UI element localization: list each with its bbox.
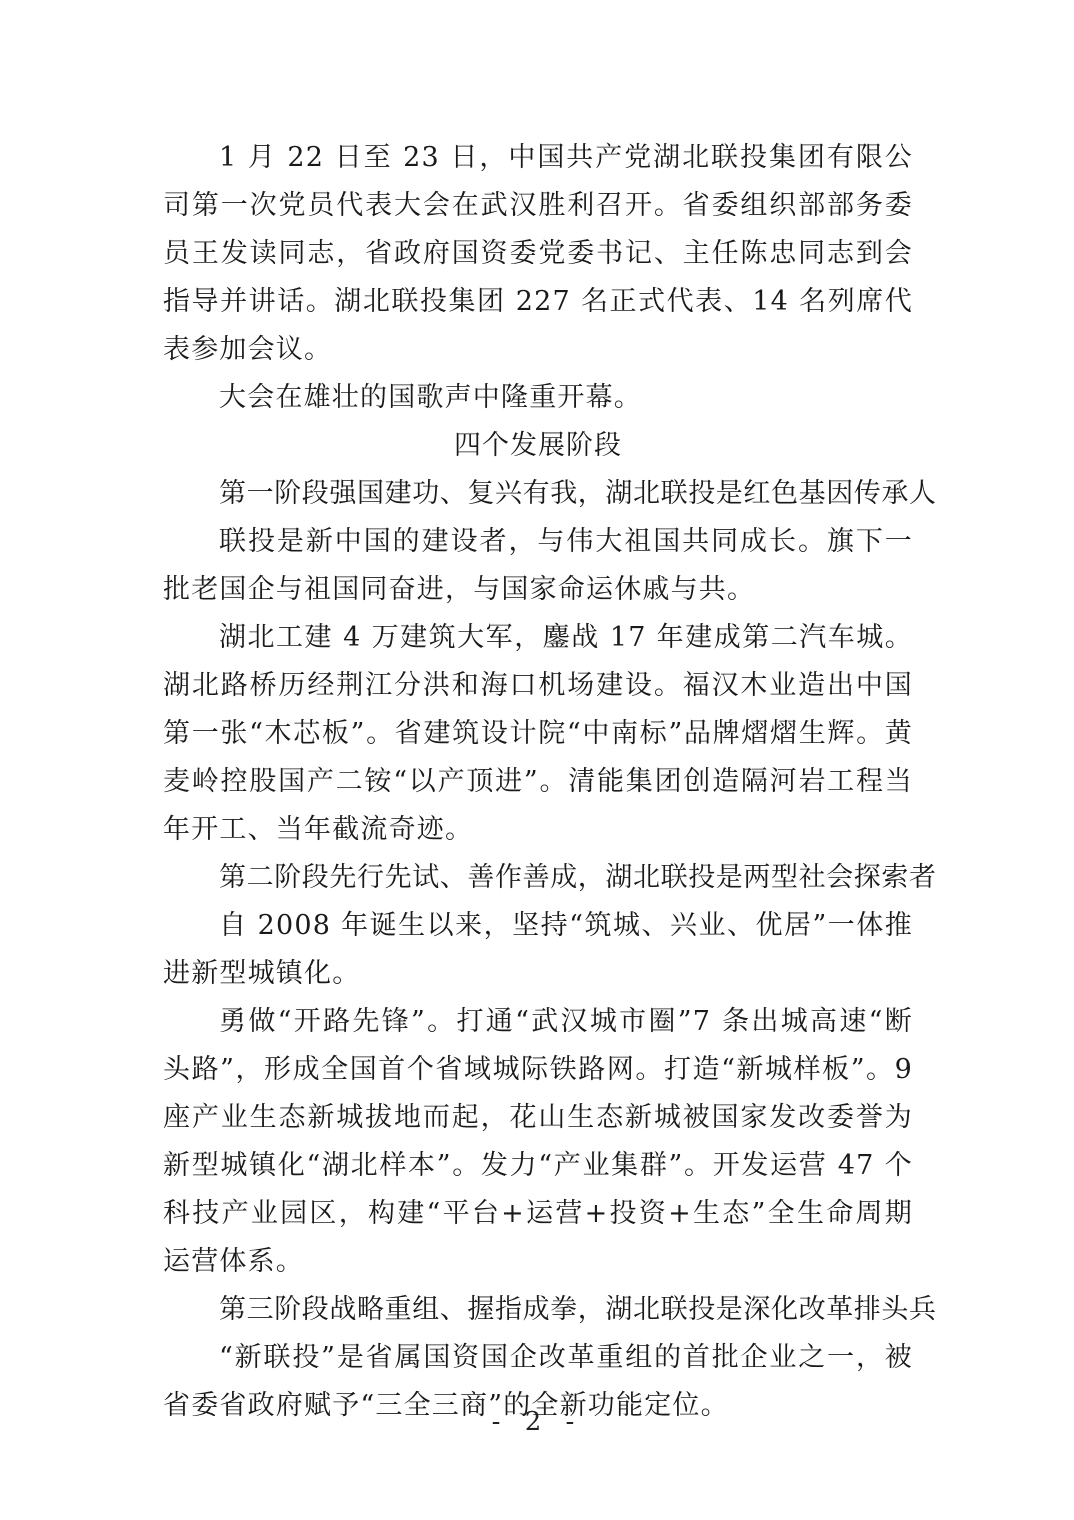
paragraph-anthem: 大会在雄壮的国歌声中隆重开幕。 xyxy=(163,374,913,422)
section-heading: 四个发展阶段 xyxy=(163,422,913,470)
document-page: 1 月 22 日至 23 日，中国共产党湖北联投集团有限公司第一次党员代表大会在… xyxy=(163,134,913,1430)
stage-one-title: 第一阶段强国建功、复兴有我，湖北联投是红色基因传承人 xyxy=(163,470,913,518)
page-number: - 2 - xyxy=(0,1406,1074,1438)
paragraph-stage-one-details: 湖北工建 4 万建筑大军，鏖战 17 年建成第二汽车城。湖北路桥历经荆江分洪和海… xyxy=(163,614,913,854)
paragraph-stage-one-intro: 联投是新中国的建设者，与伟大祖国共同成长。旗下一批老国企与祖国同奋进，与国家命运… xyxy=(163,518,913,614)
paragraph-stage-two-details: 勇做“开路先锋”。打通“武汉城市圈”7 条出城高速“断头路”，形成全国首个省域城… xyxy=(163,998,913,1286)
stage-three-title: 第三阶段战略重组、握指成拳，湖北联投是深化改革排头兵 xyxy=(163,1286,913,1334)
paragraph-stage-two-intro: 自 2008 年诞生以来，坚持“筑城、兴业、优居”一体推进新型城镇化。 xyxy=(163,902,913,998)
paragraph-opening: 1 月 22 日至 23 日，中国共产党湖北联投集团有限公司第一次党员代表大会在… xyxy=(163,134,913,374)
stage-two-title: 第二阶段先行先试、善作善成，湖北联投是两型社会探索者 xyxy=(163,854,913,902)
